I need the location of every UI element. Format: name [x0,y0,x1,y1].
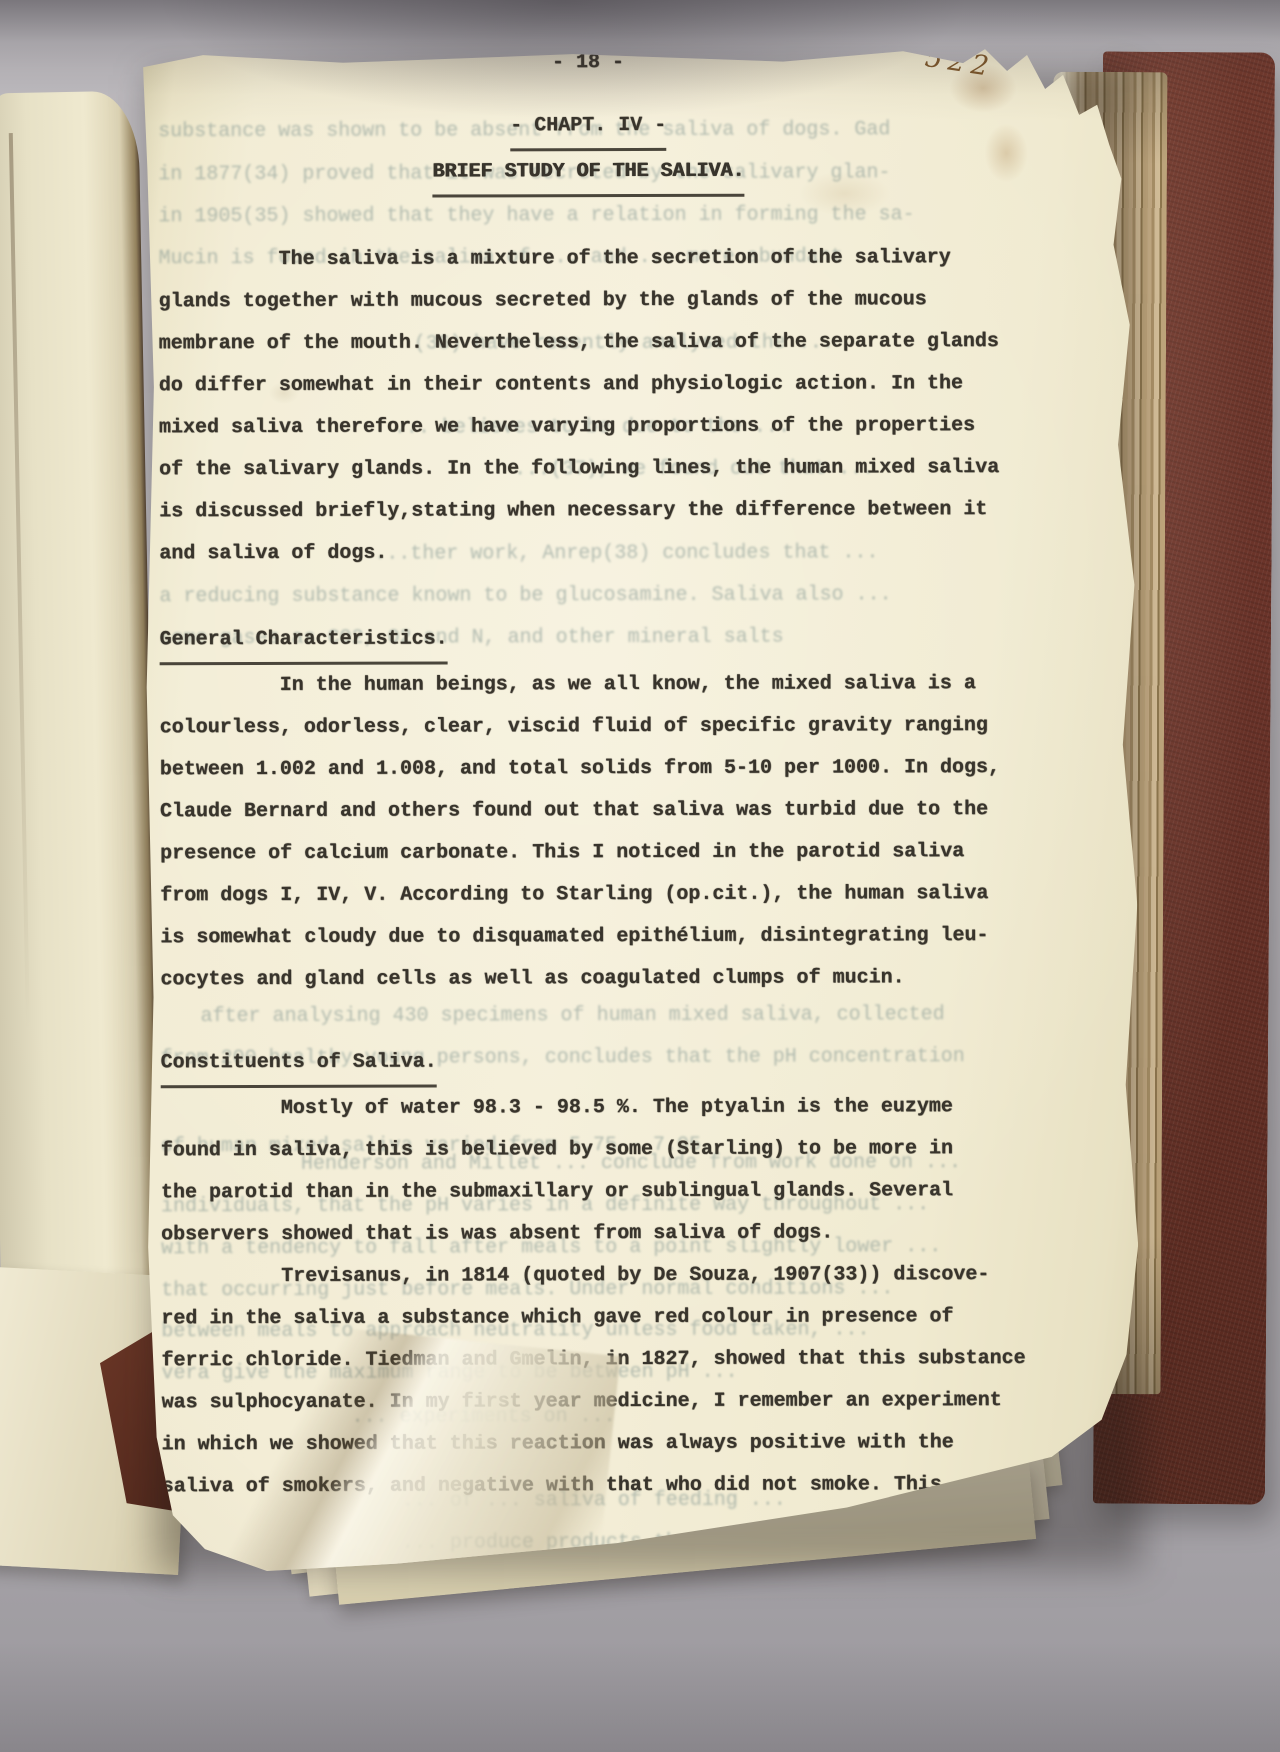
typed-line: glands together with mucous secreted by … [159,279,1064,323]
typed-line: mixed saliva therefore we have varying p… [159,405,1064,449]
typed-line: between 1.002 and 1.008, and total solid… [160,747,1065,791]
typed-line: In the human beings, as we all know, the… [160,663,1065,707]
typed-line: - CHAPT. IV - [158,104,1018,152]
typed-line: is somewhat cloudy due to disquamated ep… [160,915,1065,959]
typed-line: and saliva of dogs. [159,531,1064,575]
block-title: BRIEF STUDY OF THE SALIVA. [158,150,1018,198]
typed-line: presence of calcium carbonate. This I no… [160,831,1065,875]
block-para1: The saliva is a mixture of the secretion… [159,237,1065,575]
typed-line: General Characteristics. [160,617,1065,665]
typed-line: BRIEF STUDY OF THE SALIVA. [158,150,1018,198]
typed-line: The saliva is a mixture of the secretion… [159,237,1064,281]
typed-line: observers showed that is was absent from… [161,1212,1066,1256]
typed-line: do differ somewhat in their contents and… [159,363,1064,407]
typed-line: is discussed briefly,stating when necess… [159,489,1064,533]
typed-line: from dogs I, IV, V. According to Starlin… [160,873,1065,917]
typewritten-page: substance was shown to be absent from th… [143,45,1139,1572]
typed-line: cocytes and gland cells as well as coagu… [160,957,1065,1001]
typed-line: Trevisanus, in 1814 (quoted by De Souza,… [161,1254,1066,1298]
block-para2: In the human beings, as we all know, the… [160,663,1066,1001]
block-heading-general: General Characteristics. [160,617,1065,665]
typed-line: found in saliva, this is believed by som… [161,1128,1066,1172]
photograph-of-manuscript-page: substance was shown to be absent from th… [0,0,1280,1752]
block-pagenum: - 18 - [158,41,1018,85]
typed-line: membrane of the mouth. Nevertheless, the… [159,321,1064,365]
typed-text: - 18 -- CHAPT. IV -BRIEF STUDY OF THE SA… [158,45,1067,1508]
block-heading-constituents: Constituents of Saliva. [161,1040,1066,1088]
typed-line: Constituents of Saliva. [161,1040,1066,1088]
typed-line: of the salivary glands. In the following… [159,447,1064,491]
block-chapter: - CHAPT. IV - [158,104,1018,152]
typed-line: the parotid than in the submaxillary or … [161,1170,1066,1214]
block-para3: Mostly of water 98.3 - 98.5 %. The ptyal… [161,1086,1066,1256]
typed-line: colourless, odorless, clear, viscid flui… [160,705,1065,749]
typed-line: Claude Bernard and others found out that… [160,789,1065,833]
typed-line: - 18 - [158,41,1018,85]
typed-line: Mostly of water 98.3 - 98.5 %. The ptyal… [161,1086,1066,1130]
